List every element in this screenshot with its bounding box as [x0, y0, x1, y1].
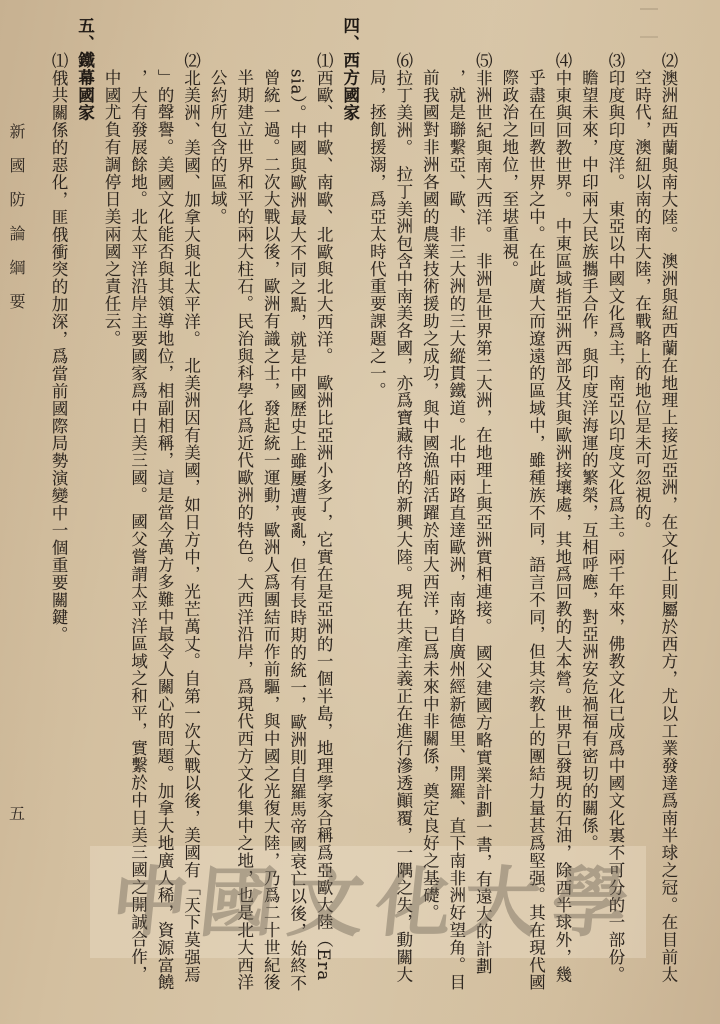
text-column: ⑶印度與印度洋。 東亞以中國文化爲主，南亞以印度文化爲主。兩千年來，佛教文化已成…	[606, 52, 624, 983]
document-page: ⑵澳洲紐西蘭與南大陸。 澳洲與紐西蘭在地理上接近亞洲，在文化上則屬於西方，尤以工…	[0, 0, 720, 1024]
text-column: ⑵澳洲紐西蘭與南大陸。 澳洲與紐西蘭在地理上接近亞洲，在文化上則屬於西方，尤以工…	[659, 52, 677, 983]
section-heading: 五、鐵幕國家	[76, 17, 94, 121]
text-column: ，就是聯繫亞、歐、非三大洲的三大縱貫鐵道。北中兩路直達歐洲，南路自廣州經新德里、…	[447, 69, 465, 991]
watermark: 中國文化大學	[107, 858, 656, 948]
text-column: ⑴西歐、中歐、南歐、北歐與北大西洋。 歐洲比亞洲小多了，它實在是亞洲的一個半島，…	[314, 52, 332, 981]
text-column: 乎盡在回教世界之中。在此廣大而遼遠的區域中，雖種族不同，語言不同，但其宗教上的團…	[526, 69, 544, 991]
bleed-through-mark	[640, 8, 658, 38]
text-column: 中國尤負有調停日美兩國之責任云。	[102, 69, 120, 347]
page-number: 五	[9, 801, 25, 824]
text-column: 瞻望未來，中印兩大民族攜手合作，與印度洋海運的繁榮，互相呼應，對亞洲安危禍福有密…	[579, 69, 597, 852]
running-title: 新國防論綱要	[7, 123, 25, 327]
text-column: 半期建立世界和平的兩大柱石。民治與科學化爲近代歐洲的特色。大西洋沿岸，爲現代西方…	[235, 69, 253, 991]
text-column: ⑷中東與回教世界。 中東區域指亞洲西部及其與歐洲接壤處，其地爲回教的大本營。世界…	[553, 52, 571, 983]
text-column: sia）。中國與歐洲最大不同之點，就是中國歷史上雖屢遭喪亂，但有長時期的統一，歐…	[288, 69, 306, 992]
text-column: 局，拯飢援溺，爲亞太時代重要課題之一。	[367, 69, 385, 400]
text-column: ⑴俄共關係的惡化，匪俄衝突的加深，爲當前國際局勢演變中一個重要關鍵。	[49, 52, 67, 644]
section-heading: 四、西方國家	[341, 17, 359, 121]
text-column: 前我國對非洲各國的農業技術援助之成功，與中國漁船活躍於南大西洋，已爲未來中非關係…	[420, 69, 438, 922]
text-column: ⑸非洲世紀與南大西洋。 非洲是世界第二大洲，在地理上與亞洲實相連接。 國父建國方…	[473, 52, 491, 975]
text-column: ⑹拉丁美洲。 拉丁美洲包含中南美各國，亦爲寶藏待啓的新興大陸。現在共產主義正在進…	[394, 52, 412, 983]
text-column: ，大有發展餘地。北太平洋沿岸主要國家爲中日美三國。 國父嘗謂太平洋區域之和平，實…	[129, 69, 147, 983]
text-column: 曾統一過。二次大戰以後，歐洲有識之士，發起統一運動，歐洲人爲團結而作前驅，與中國…	[261, 69, 279, 991]
text-column: 空時代，澳紐以南的南大陸，在戰略上的地位是未可忽視的。	[632, 69, 650, 539]
text-column: 」的聲譽。美國文化能否與其領導地位，相副相稱，這是當今萬方多難中最令人關心的問題…	[155, 69, 173, 991]
text-column: 際政治之地位，至堪重視。	[500, 69, 518, 278]
text-column: 公約所包含的區域。	[208, 69, 226, 226]
text-column: ⑵北美洲、美國、加拿大與北太平洋。 北美洲因有美國，如日方中，光芒萬丈。自第一次…	[182, 52, 200, 983]
